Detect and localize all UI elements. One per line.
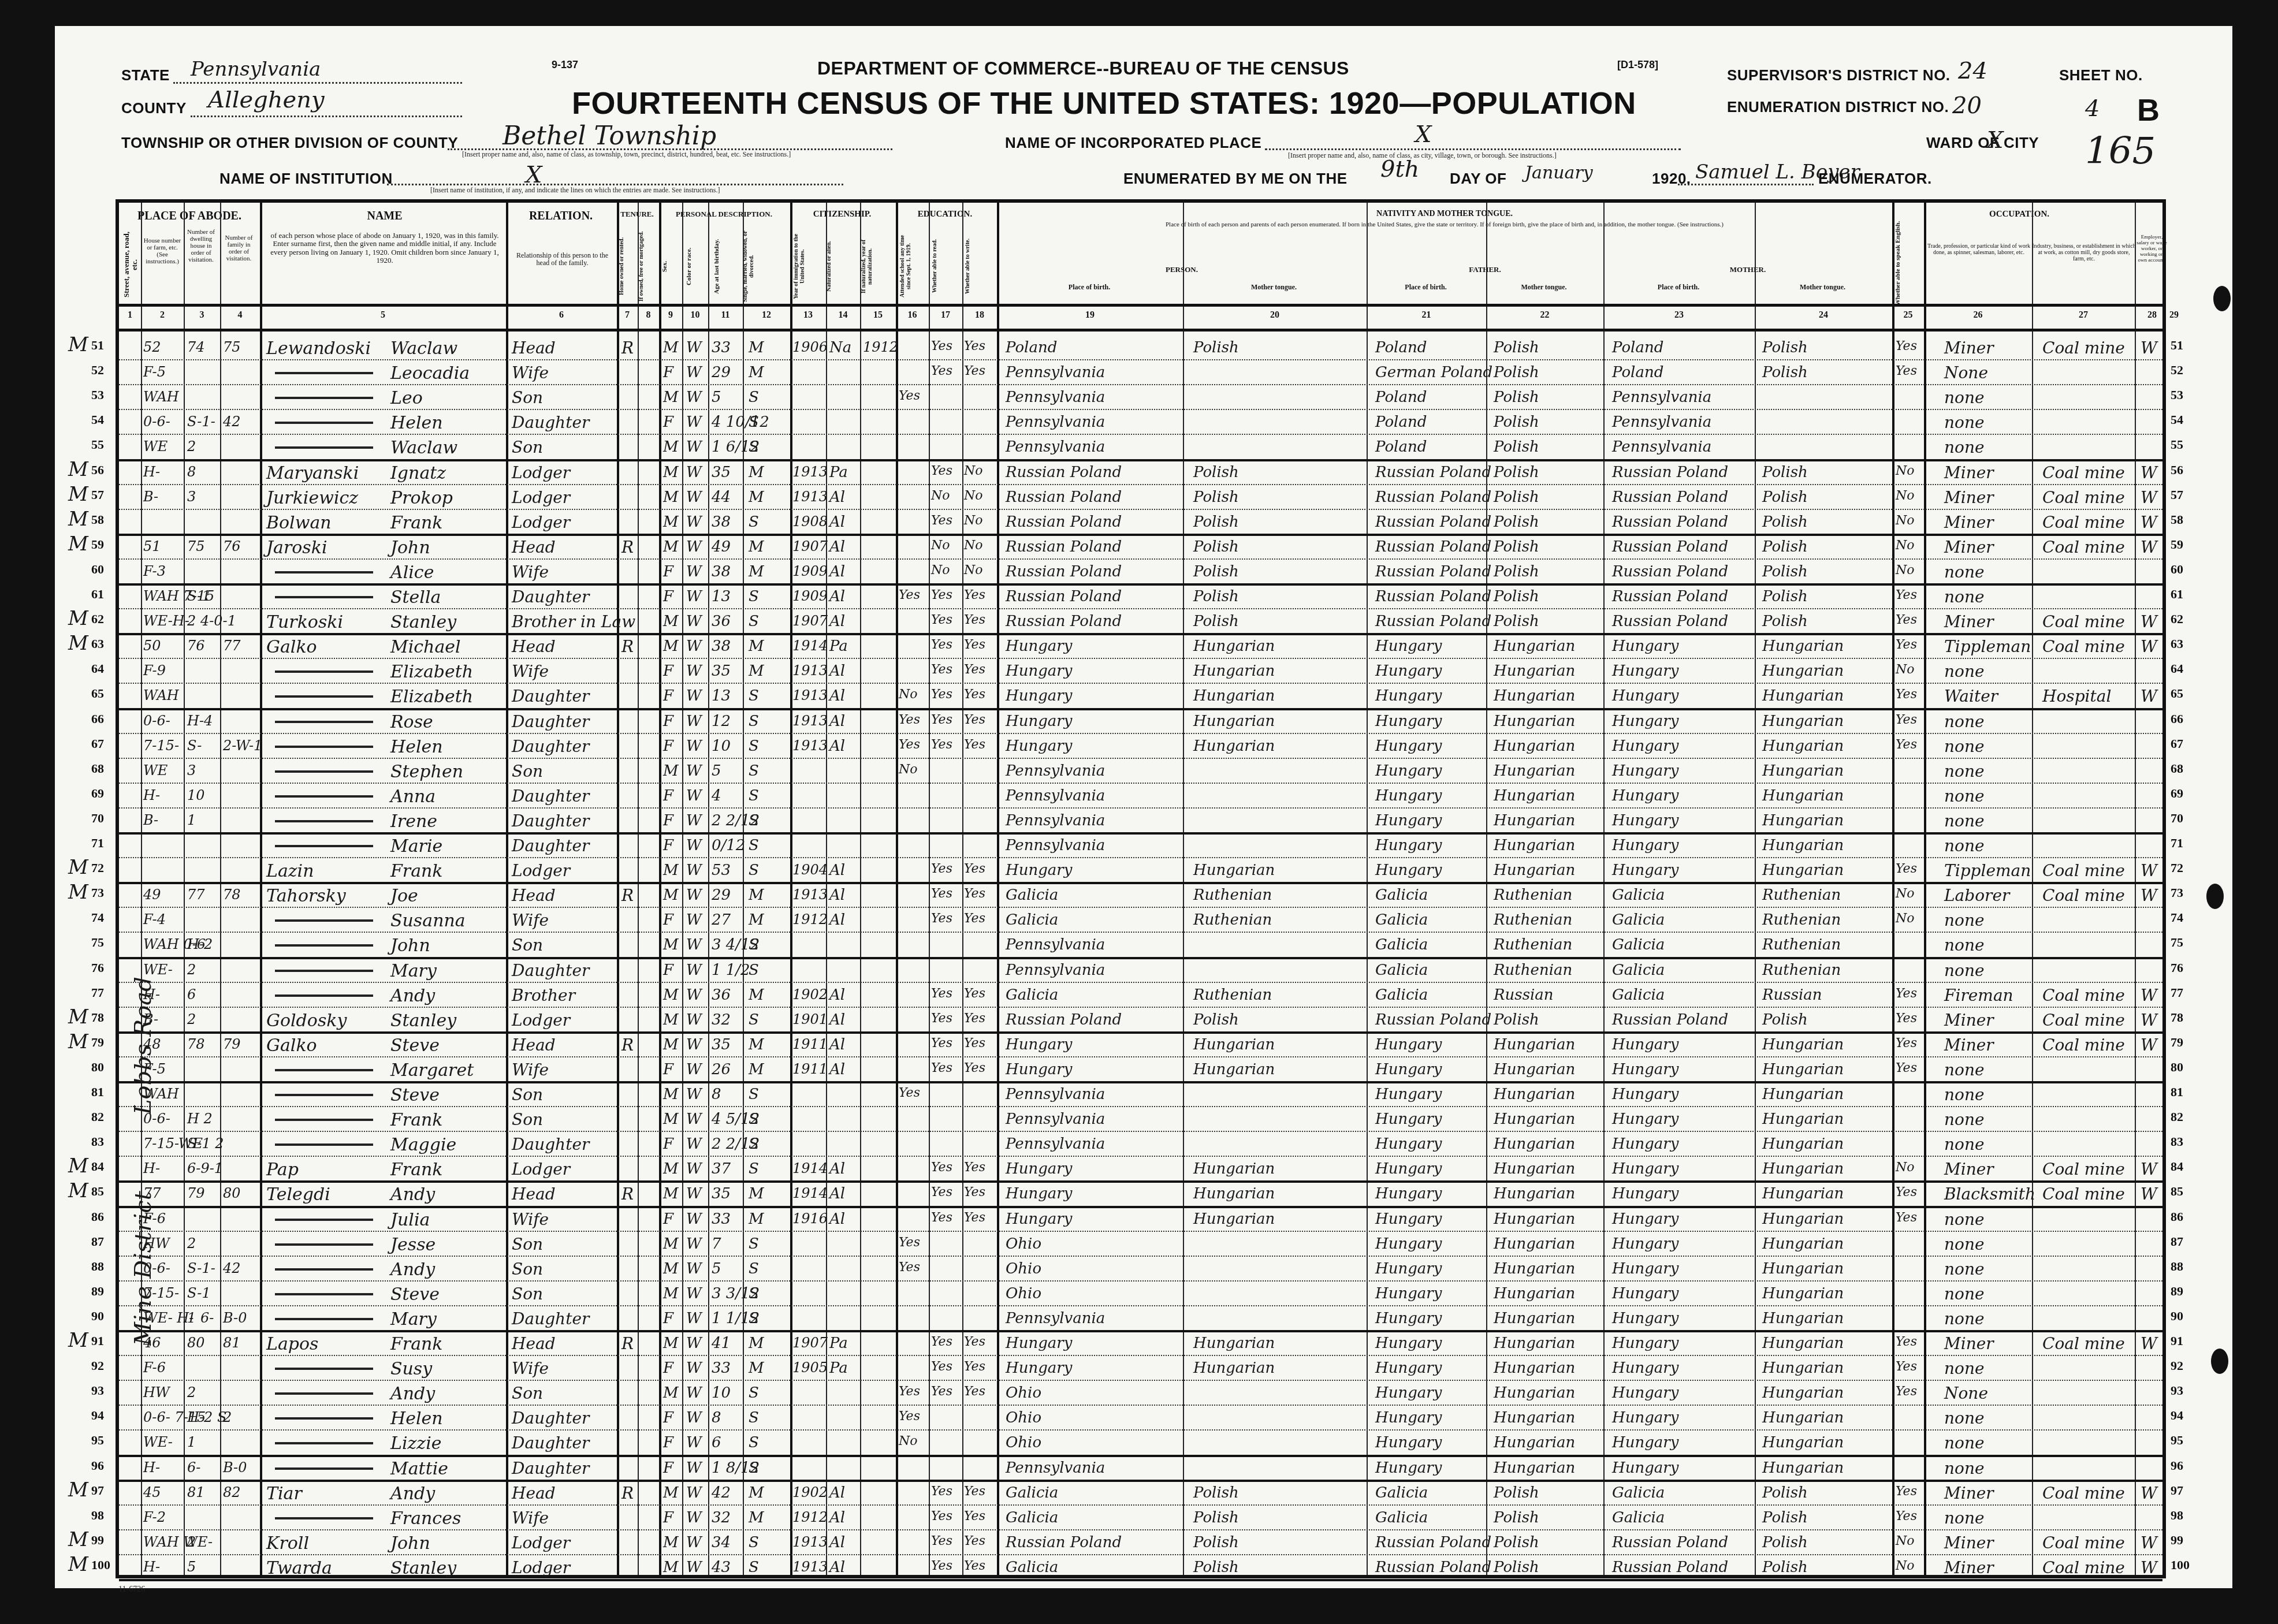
cell-trade: none <box>1944 1435 1985 1451</box>
cell-tongue: Ruthenian <box>1193 888 1272 903</box>
cell-trade: none <box>1944 788 1985 804</box>
cell-trade: none <box>1944 838 1985 854</box>
cell-sex: M <box>663 988 679 1003</box>
cell-race: W <box>686 1361 702 1376</box>
cell-f-tongue: Polish <box>1494 465 1539 480</box>
cell-immig: 1909 <box>792 564 828 578</box>
line-number-left: 94 <box>91 1408 104 1423</box>
cell-read: Yes <box>931 1062 952 1075</box>
cell-relation: Wife <box>512 664 549 680</box>
cell-nat: Pa <box>829 1361 848 1376</box>
cell-m-pob: Hungary <box>1612 1137 1678 1152</box>
cell-dwelling: 5 <box>187 1560 196 1574</box>
cell-m-tongue: Polish <box>1762 564 1808 579</box>
census-table: Place of Abode. Name Relation. Tenure. P… <box>116 199 2166 1578</box>
cell-relation: Son <box>512 1286 543 1302</box>
cell-industry: Coal mine <box>2042 539 2125 556</box>
cell-industry: Coal mine <box>2042 1012 2125 1029</box>
cell-relation: Wife <box>512 564 549 580</box>
cell-dwelling: 6-9-1 <box>187 1161 223 1175</box>
cell-m-tongue: Polish <box>1762 589 1808 604</box>
row-divider <box>119 1579 2162 1581</box>
cell-industry: Coal mine <box>2042 1161 2125 1178</box>
cell-family: 2 <box>223 1410 232 1424</box>
cell-dwelling: S-1- <box>187 415 215 429</box>
cell-trade: none <box>1944 439 1985 456</box>
cell-f-tongue: Hungarian <box>1494 813 1575 828</box>
cell-tongue: Ruthenian <box>1193 912 1272 928</box>
line-number-right: 94 <box>2171 1408 2183 1423</box>
cell-m-tongue: Ruthenian <box>1762 888 1841 903</box>
line-number-left: 99 <box>91 1533 104 1548</box>
cell-given: Elizabeth <box>390 664 473 681</box>
cell-nat: Al <box>829 1037 845 1052</box>
cell-home: R <box>621 1186 634 1202</box>
line-number-right: 59 <box>2171 537 2183 552</box>
line-number-right: 98 <box>2171 1508 2183 1523</box>
cell-class: W <box>2141 1161 2157 1178</box>
surname-ditto-dash <box>275 1094 373 1096</box>
cell-trade: none <box>1944 1062 1985 1078</box>
cell-m-tongue: Hungarian <box>1762 838 1844 853</box>
cell-age: 43 <box>712 1560 731 1575</box>
cell-trade: none <box>1944 1361 1985 1377</box>
cell-english: Yes <box>1896 1385 1917 1398</box>
cell-given: Helen <box>390 415 443 432</box>
cell-f-pob: Galicia <box>1375 1485 1428 1500</box>
cell-industry: Coal mine <box>2042 1535 2125 1551</box>
margin-m-mark: M <box>68 458 88 481</box>
cell-dwelling: 2 <box>187 439 196 453</box>
cell-m-pob: Pennsylvania <box>1612 439 1711 455</box>
cell-house: 45 <box>143 1485 161 1499</box>
cell-write: Yes <box>964 1485 985 1498</box>
cell-dwelling: H-4 <box>187 714 213 728</box>
row-divider <box>119 1330 2162 1332</box>
cell-relation: Daughter <box>512 589 589 605</box>
cell-m-pob: Russian Poland <box>1612 1012 1728 1027</box>
cell-nat: Na <box>829 340 851 355</box>
cell-m-tongue: Hungarian <box>1762 1112 1844 1127</box>
cell-f-pob: Hungary <box>1375 1286 1442 1301</box>
cell-f-pob: Galicia <box>1375 937 1428 952</box>
cell-f-tongue: Hungarian <box>1494 1361 1575 1376</box>
cell-pob: Galicia <box>1006 1560 1058 1575</box>
cell-class: W <box>2141 863 2157 879</box>
cell-race: W <box>686 739 702 754</box>
cell-house: WE <box>143 439 167 453</box>
cell-race: W <box>686 365 702 380</box>
line-number-right: 93 <box>2171 1383 2183 1398</box>
cell-nat: Al <box>829 1012 845 1027</box>
cell-english: Yes <box>1896 1361 1917 1373</box>
cell-tongue: Polish <box>1193 589 1239 604</box>
cell-f-tongue: Polish <box>1494 340 1539 355</box>
cell-house: F-6 <box>143 1361 166 1375</box>
cell-industry: Coal mine <box>2042 988 2125 1004</box>
cell-f-pob: Hungary <box>1375 1261 1442 1276</box>
cell-f-pob: Russian Poland <box>1375 589 1491 604</box>
cell-given: Julia <box>390 1212 430 1229</box>
cell-race: W <box>686 340 702 355</box>
cell-house: F-2 <box>143 1510 166 1524</box>
cell-read: Yes <box>931 340 952 353</box>
row-divider <box>119 384 2162 385</box>
cell-immig: 1902 <box>792 988 828 1001</box>
cell-m-pob: Hungary <box>1612 813 1678 828</box>
row-divider <box>119 459 2162 461</box>
col4-header: Number of family in order of visitation. <box>220 234 258 262</box>
cell-dwelling: 6- <box>187 1461 200 1474</box>
row-divider <box>119 509 2162 510</box>
cell-race: W <box>686 490 702 505</box>
cell-surname: Bolwan <box>266 515 332 532</box>
cell-given: Andy <box>390 1186 435 1204</box>
cell-surname: Goldosky <box>266 1012 347 1030</box>
cell-f-pob: Hungary <box>1375 813 1442 828</box>
cell-class: W <box>2141 539 2157 556</box>
surname-ditto-dash <box>275 994 373 997</box>
cell-pob: Russian Poland <box>1006 564 1122 579</box>
col18-header: Whether able to write. <box>965 229 991 304</box>
column-number: 10 <box>682 310 708 321</box>
cell-f-pob: Poland <box>1375 439 1427 455</box>
cell-marital: S <box>749 1236 759 1251</box>
cell-f-tongue: Hungarian <box>1494 1286 1575 1301</box>
cell-sex: M <box>663 390 679 405</box>
cell-relation: Son <box>512 1261 543 1277</box>
cell-m-tongue: Hungarian <box>1762 1037 1844 1052</box>
cell-tongue: Polish <box>1193 564 1239 579</box>
cell-class: W <box>2141 515 2157 531</box>
cell-sex: F <box>663 739 673 754</box>
cell-trade: Miner <box>1944 1560 1994 1576</box>
cell-age: 29 <box>712 888 731 903</box>
cell-sex: M <box>663 1112 679 1127</box>
form-number: 9-137 <box>552 59 578 71</box>
cell-age: 34 <box>712 1535 731 1550</box>
cell-school: Yes <box>899 714 920 727</box>
cell-immig: 1913 <box>792 1535 828 1549</box>
cell-trade: none <box>1944 963 1985 979</box>
col14-header: Naturalized or alien. <box>827 229 853 304</box>
county-line <box>191 116 462 117</box>
col23-header: Place of birth. <box>1603 284 1754 291</box>
row-divider <box>119 1131 2162 1132</box>
surname-ditto-dash <box>275 795 373 798</box>
line-number-right: 70 <box>2171 811 2183 826</box>
cell-sex: M <box>663 1012 679 1027</box>
cell-english: Yes <box>1896 1037 1917 1050</box>
cell-m-pob: Hungary <box>1612 1336 1678 1351</box>
cell-immig: 1902 <box>792 1485 828 1499</box>
cell-age: 33 <box>712 1361 731 1376</box>
cell-f-pob: Hungary <box>1375 1161 1442 1176</box>
surname-ditto-dash <box>275 1143 373 1146</box>
stamp-number: 165 <box>2085 130 2156 173</box>
cell-m-pob: Galicia <box>1612 888 1665 903</box>
cell-surname: Kroll <box>266 1535 309 1552</box>
cell-english: No <box>1896 539 1915 552</box>
cell-race: W <box>686 1385 702 1400</box>
cell-given: Maggie <box>390 1137 456 1154</box>
cell-f-tongue: Hungarian <box>1494 1410 1575 1425</box>
cell-relation: Head <box>512 1037 556 1053</box>
cell-tongue: Polish <box>1193 1485 1239 1500</box>
line-number-left: 90 <box>91 1309 104 1324</box>
cell-immig: 1913 <box>792 465 828 479</box>
cell-relation: Daughter <box>512 415 589 431</box>
cell-relation: Daughter <box>512 813 589 829</box>
cell-given: Lizzie <box>390 1435 441 1452</box>
cell-read: Yes <box>931 515 952 527</box>
cell-m-tongue: Polish <box>1762 340 1808 355</box>
cell-race: W <box>686 1012 702 1027</box>
cell-dwelling: 2 <box>187 963 196 977</box>
cell-age: 38 <box>712 515 731 530</box>
cell-marital: M <box>749 1361 764 1376</box>
cell-marital: M <box>749 340 764 355</box>
row-divider <box>119 807 2162 809</box>
cell-class: W <box>2141 888 2157 904</box>
line-number-right: 89 <box>2171 1284 2183 1299</box>
cell-given: Helen <box>390 739 443 756</box>
cell-write: Yes <box>964 1361 985 1373</box>
cell-write: Yes <box>964 614 985 627</box>
cell-tongue: Ruthenian <box>1193 988 1272 1003</box>
cell-f-tongue: Ruthenian <box>1494 888 1572 903</box>
ward-label: Ward of city <box>1926 134 2039 152</box>
cell-race: W <box>686 1311 702 1326</box>
cell-dwelling: 1 <box>187 813 196 827</box>
cell-house: WE <box>143 763 167 777</box>
margin-m-mark: M <box>68 1179 88 1202</box>
line-number-left: 100 <box>91 1558 110 1573</box>
cell-m-tongue: Polish <box>1762 1560 1808 1575</box>
column-number: 5 <box>260 310 506 321</box>
cell-f-pob: Hungary <box>1375 688 1442 703</box>
line-number-left: 74 <box>91 910 104 925</box>
cell-read: Yes <box>931 1560 952 1573</box>
cell-f-pob: Hungary <box>1375 1186 1442 1201</box>
cell-trade: Miner <box>1944 1012 1994 1029</box>
cell-trade: Waiter <box>1944 688 1998 705</box>
state-label: State <box>121 66 170 84</box>
cell-relation: Daughter <box>512 1410 589 1426</box>
cell-f-pob: Hungary <box>1375 1311 1442 1326</box>
cell-pob: Hungary <box>1006 1336 1072 1351</box>
col11-header: Age at last birthday. <box>714 229 737 304</box>
cell-marital: S <box>749 963 759 978</box>
cell-nat: Al <box>829 614 845 629</box>
row-divider <box>119 907 2162 908</box>
cell-tongue: Hungarian <box>1193 1361 1275 1376</box>
cell-write: Yes <box>964 589 985 602</box>
cell-immig: 1913 <box>792 739 828 753</box>
cell-trade: None <box>1944 1385 1988 1402</box>
cell-trade: none <box>1944 912 1985 929</box>
row-divider <box>119 932 2162 933</box>
line-number-right: 99 <box>2171 1533 2183 1548</box>
cell-sex: M <box>663 614 679 629</box>
cell-immig: 1901 <box>792 1012 828 1026</box>
cell-industry: Coal mine <box>2042 465 2125 481</box>
row-divider <box>119 1405 2162 1406</box>
cell-f-tongue: Hungarian <box>1494 1161 1575 1176</box>
cell-pob: Russian Poland <box>1006 465 1122 480</box>
surname-ditto-dash <box>275 770 373 773</box>
group-citizenship: Citizenship. <box>790 210 894 219</box>
cell-race: W <box>686 614 702 629</box>
cell-write: Yes <box>964 688 985 701</box>
cell-relation: Wife <box>512 1062 549 1078</box>
cell-nat: Al <box>829 688 845 703</box>
surname-ditto-dash <box>275 372 373 374</box>
line-number-right: 79 <box>2171 1035 2183 1050</box>
cell-marital: S <box>749 1087 759 1102</box>
census-title: FOURTEENTH CENSUS OF THE UNITED STATES: … <box>572 85 1636 121</box>
cell-f-tongue: Hungarian <box>1494 1186 1575 1201</box>
cell-m-tongue: Hungarian <box>1762 664 1844 679</box>
row-divider <box>119 758 2162 759</box>
cell-race: W <box>686 589 702 604</box>
surname-ditto-dash <box>275 1517 373 1519</box>
cell-pob: Pennsylvania <box>1006 788 1105 803</box>
cell-nat: Al <box>829 1510 845 1525</box>
cell-m-pob: Hungary <box>1612 1236 1678 1251</box>
cell-english: No <box>1896 490 1915 502</box>
cell-dwelling: 75 <box>187 539 205 553</box>
cell-nat: Al <box>829 888 845 903</box>
cell-f-pob: Hungary <box>1375 739 1442 754</box>
cell-immig: 1913 <box>792 1560 828 1574</box>
cell-age: 32 <box>712 1510 731 1525</box>
line-number-left: 97 <box>91 1483 104 1498</box>
cell-write: Yes <box>964 739 985 751</box>
col22-header: Mother tongue. <box>1486 284 1602 291</box>
column-number: 12 <box>743 310 790 321</box>
cell-family: 82 <box>223 1485 241 1499</box>
cell-f-tongue: Polish <box>1494 539 1539 554</box>
row-divider <box>119 359 2162 360</box>
cell-read: No <box>931 539 950 552</box>
surname-ditto-dash <box>275 1318 373 1320</box>
cell-f-tongue: Ruthenian <box>1494 912 1572 928</box>
row-divider <box>119 1156 2162 1157</box>
cell-m-pob: Hungary <box>1612 639 1678 654</box>
cell-dwelling: S-1 <box>187 1286 211 1300</box>
cell-family: 81 <box>223 1336 241 1350</box>
column-number: 13 <box>790 310 826 321</box>
group-name: Name <box>263 210 506 223</box>
line-number-right: 78 <box>2171 1010 2183 1025</box>
cell-marital: M <box>749 465 764 480</box>
line-number-left: 91 <box>91 1334 104 1349</box>
line-number-left: 96 <box>91 1458 104 1473</box>
cell-age: 26 <box>712 1062 731 1077</box>
group-person: Person. <box>997 265 1367 274</box>
cell-f-tongue: Hungarian <box>1494 763 1575 779</box>
cell-relation: Lodger <box>512 1535 570 1551</box>
cell-f-tongue: Ruthenian <box>1494 963 1572 978</box>
cell-pob: Hungary <box>1006 1161 1072 1176</box>
enumeration-no: 20 <box>1952 92 1982 119</box>
cell-write: No <box>964 564 983 577</box>
cell-f-tongue: Hungarian <box>1494 863 1575 878</box>
cell-tongue: Polish <box>1193 490 1239 505</box>
cell-write: Yes <box>964 1336 985 1349</box>
cell-m-pob: Poland <box>1612 340 1663 355</box>
line-number-right: 95 <box>2171 1433 2183 1448</box>
margin-m-mark: M <box>68 1154 88 1178</box>
cell-f-pob: Hungary <box>1375 664 1442 679</box>
line-number-left: 92 <box>91 1358 104 1373</box>
cell-race: W <box>686 1186 702 1201</box>
cell-pob: Pennsylvania <box>1006 390 1105 405</box>
sheet-letter: B <box>2137 92 2160 128</box>
header-divider <box>119 304 2162 307</box>
line-number-left: 62 <box>91 612 104 627</box>
cell-given: Steve <box>390 1087 440 1104</box>
cell-sex: F <box>663 1212 673 1227</box>
column-number: 2 <box>141 310 184 321</box>
cell-house: WE-H- <box>143 614 189 628</box>
cell-relation: Son <box>512 439 543 456</box>
cell-school: Yes <box>899 1087 920 1100</box>
line-number-right: 51 <box>2171 338 2183 353</box>
cell-race: W <box>686 1062 702 1077</box>
cell-marital: S <box>749 763 759 779</box>
cell-given: Anna <box>390 788 435 806</box>
cell-trade: none <box>1944 763 1985 780</box>
cell-race: W <box>686 564 702 579</box>
cell-write: Yes <box>964 639 985 651</box>
cell-given: Joe <box>390 888 418 905</box>
margin-m-mark: M <box>68 508 88 531</box>
line-number-left: 72 <box>91 861 104 876</box>
line-number-left: 58 <box>91 512 104 527</box>
cell-age: 6 <box>712 1435 721 1450</box>
cell-m-pob: Hungary <box>1612 1261 1678 1276</box>
line-number-left: 95 <box>91 1433 104 1448</box>
cell-dwelling: 2 <box>187 1535 196 1549</box>
cell-age: 4 10/12 <box>712 415 769 430</box>
cell-trade: Laborer <box>1944 888 2009 904</box>
surname-ditto-dash <box>275 746 373 748</box>
cell-trade: Miner <box>1944 1336 1994 1352</box>
cell-marital: S <box>749 589 759 604</box>
cell-f-pob: Hungary <box>1375 1087 1442 1102</box>
cell-f-pob: Hungary <box>1375 1137 1442 1152</box>
cell-class: W <box>2141 614 2157 630</box>
cell-relation: Daughter <box>512 688 589 705</box>
row-divider <box>119 1007 2162 1008</box>
incorporated-line <box>1265 148 1681 150</box>
cell-read: Yes <box>931 1336 952 1349</box>
row-divider <box>119 658 2162 659</box>
surname-ditto-dash <box>275 446 373 449</box>
cell-f-tongue: Polish <box>1494 415 1539 430</box>
cell-tongue: Hungarian <box>1193 1336 1275 1351</box>
line-number-left: 76 <box>91 960 104 975</box>
column-number: 16 <box>896 310 929 321</box>
cell-relation: Daughter <box>512 739 589 755</box>
cell-sex: F <box>663 813 673 828</box>
cell-m-pob: Hungary <box>1612 1161 1678 1176</box>
cell-immig: 1913 <box>792 490 828 504</box>
cell-nat: Al <box>829 912 845 928</box>
cell-house: H- <box>143 465 160 479</box>
